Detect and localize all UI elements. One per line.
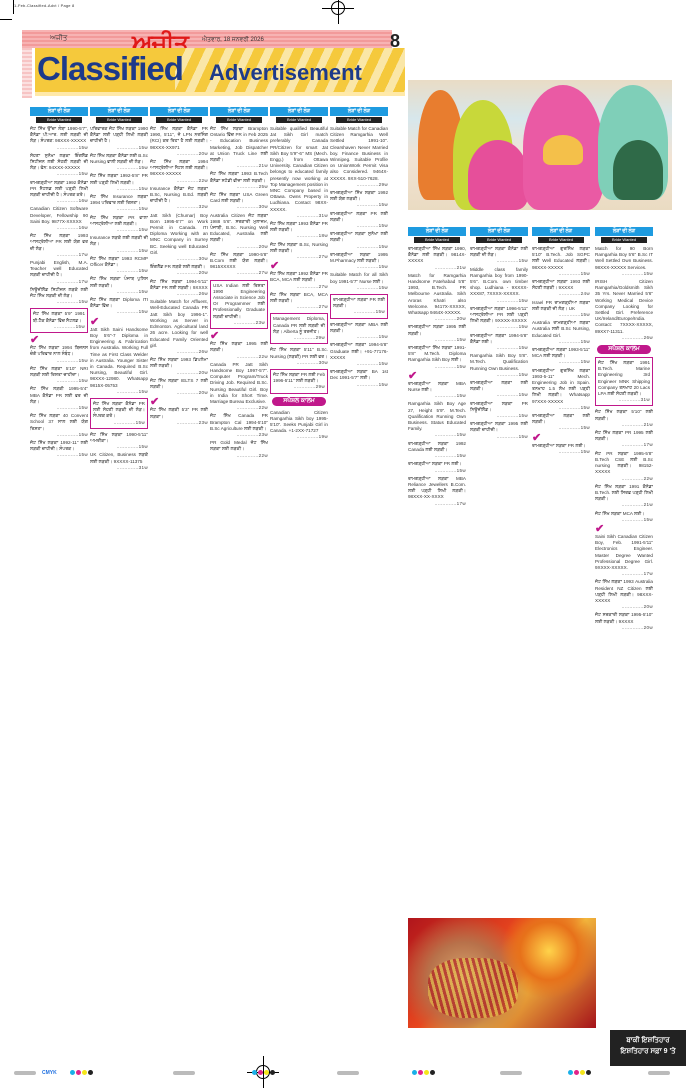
ad-text: ਜੱਟ ਸਿੱਖ Canada PR Brampton Cal 1994-5'1… — [210, 413, 268, 430]
ad-text: Match for Ramgarhia Handsome Fatehabad 5… — [408, 273, 466, 315]
banner-title-advertisement: Advertisement — [209, 60, 362, 86]
column-subheading: Bride Wanted — [476, 237, 522, 243]
classified-ad: ✔ਜੱਟ ਸਿੱਖ ਲੜਕੀ 5'3" PR ਲਈ ਲੜਕਾ।.........… — [150, 397, 208, 427]
classified-ad: ਜੱਟ ਸਿੱਖ ਲੜਕਾ 5'11" B.Sc. Nursing (ਲੜਕੀ)… — [270, 346, 328, 367]
column-9: ਲੋੜਾਂ ਦੀ ਲੋੜBride Wantedਰਾਮਗੜ੍ਹੀਆ ਗੁਰਸਿੱ… — [532, 227, 590, 917]
classified-ad: ਰਾਮਗੜ੍ਹੀਆ ਲੜਕਾ BA 1st Dec 1991-5'7" ਲਈ।.… — [330, 368, 388, 389]
ad-code: ..............27w — [270, 304, 328, 310]
ad-text: Canadian Citizen Ramgarhia Sikh boy 1995… — [270, 410, 328, 434]
classified-ad: ✔ਰਾਮਗੜ੍ਹੀਆ ਲੜਕਾ PR ਲਈ।..............15w — [532, 433, 590, 456]
classified-ad: ਰਾਮਗੜ੍ਹੀਆ ਲੜਕਾ PR ਲਈ।..............15w — [408, 460, 466, 474]
ad-text: Suitable Match for Affluent, Well-Educat… — [150, 299, 208, 347]
ad-text: ਜੱਟ ਸਿੱਖ ਲੜਕਾ 5'9" 1991 ਬੀ.ਟੈੱਕ ਕੈਨੇਡਾ ਵ… — [33, 311, 85, 322]
ad-text: ਰਾਮਗੜ੍ਹੀਆ ਲੜਕਾ 1995 ਲਈ ਲੜਕੀ। — [408, 324, 466, 335]
ad-text: Suitable Match for all Sikh boy 1991-5'7… — [330, 272, 388, 283]
ad-code: ..............30w — [210, 204, 268, 210]
ad-text: ਰਾਮਗੜ੍ਹੀਆ ਗੁਰਸਿੱਖ ਲੜਕਾ 5'10" B.Tech. Job… — [532, 246, 590, 270]
classified-ad: ਰਾਮਗੜ੍ਹੀਆ ਲੜਕਾ PR ਲਈ ਲੜਕੀ।..............… — [330, 210, 388, 231]
ad-text: ਰਾਮਗੜ੍ਹੀਆ ਲੜਕਾ MBA ਲਈ ਲੜਕੀ। — [330, 322, 388, 333]
ad-text: ਰਾਮਗੜ੍ਹੀਆ ਲੜਕਾ PR ਲਈ ਲੜਕੀ। — [330, 211, 388, 222]
ad-text: ਜੱਟ ਸਿੱਖ ਲੜਕਾ 1995 ਲਈ ਲੜਕੀ। — [210, 341, 268, 352]
classified-ad: ਰਾਮਗੜ੍ਹੀਆ ਲੜਕਾ ਸੁਨੱਖਾ ਲਈ ਲੜਕੀ।..........… — [330, 230, 388, 251]
ad-code: ..............15w — [90, 206, 148, 212]
boxed-classified-ad: ਜੱਟ ਸਿੱਖ ਲੜਕਾ 5'9" 1991 ਬੀ.ਟੈੱਕ ਕੈਨੇਡਾ ਵ… — [30, 308, 88, 333]
ad-code: ..............18w — [270, 233, 328, 239]
issue-date: ਐਤਵਾਰ, 18 ਜਨਵਰੀ 2026 — [202, 37, 264, 44]
ad-code: ..............15w — [595, 271, 653, 277]
ad-text: ਰਾਮਗੜ੍ਹੀਆ ਲੜਕਾ 1994-5'8" ਕੈਨੇਡਾ ਲਈ। — [470, 333, 528, 344]
ad-code: ..............15w — [532, 312, 590, 318]
ad-code: ..............22w — [210, 405, 268, 411]
classified-ad: ਜੱਟ ਸਿੱਖ Canada PR Brampton Cal 1994-5'1… — [210, 412, 268, 439]
ad-code: ..............23w — [213, 320, 265, 326]
ad-code: ..............15w — [90, 186, 148, 192]
ad-code: ..............30w — [270, 360, 328, 366]
ad-text: IRISH Citizen Ramgarhia/Goldsmith Sikh 3… — [595, 279, 653, 334]
classified-ad: ਰਾਮਗੜ੍ਹੀਆ ਗੁਰਸਿੱਖ ਲੜਕਾ 1993-5-11" Mech. … — [532, 367, 590, 412]
checkmark-icon: ✔ — [595, 525, 653, 534]
classified-ad: ਰਾਮਗੜ੍ਹੀਆ ਲੜਕਾ ਲਈ ਲੜਕੀ।..............15w — [532, 412, 590, 433]
ad-code: ..............16w — [30, 225, 88, 231]
column-subheading: Bride Wanted — [538, 237, 584, 243]
ad-code: ..............15w — [90, 248, 148, 254]
ad-text: Australia ਰਾਮਗੜ੍ਹੀਆ ਲੜਕਾ Australia ਲਈ B.… — [532, 320, 590, 337]
ad-code: ..............15w — [532, 359, 590, 365]
classified-ad: ਰਾਮਗੜ੍ਹੀਆ ਲੜਕਾ MBA ਲਈ ਲੜਕੀ।.............… — [330, 321, 388, 342]
classified-ad: ਰਾਮਗੜ੍ਹੀਆ ਲੜਕਾ 1995 ਲਈ ਲੜਕੀ।............… — [408, 323, 466, 344]
ad-code: ..............31w — [270, 213, 328, 219]
checkmark-icon: ✔ — [408, 372, 466, 381]
ad-code: ..............15w — [30, 378, 88, 384]
boxed-classified-ad: ਜੱਟ ਸਿੱਖ ਲੜਕਾ 1991 B.Tech. Marine Engine… — [595, 357, 653, 406]
ad-text: ਜੱਟ ਸਿੱਖ ਲੜਕਾ ਕੈਨੇਡਾ PR ਲਈ ਸੋਹਣੀ ਲੜਕੀ ਦੀ… — [93, 401, 145, 418]
classified-ad: ਰਾਮਗੜ੍ਹੀਆ ਲੜਕਾ 1995 ਲਈ ਲੜਕੀ ਚਾਹੀਦੀ।.....… — [470, 420, 528, 441]
classified-ad: ਜੱਟ ਸਿੱਖ ਲੜਕਾ 1993 ਡਿਪਲੋਮਾ ਲਈ ਲੜਕੀ।.....… — [150, 356, 208, 377]
ad-code: ..............20w — [595, 604, 653, 610]
ad-code: ..............22w — [210, 453, 268, 459]
ad-text: ਜੱਟ ਸਿੱਖ ਲੜਕਾ Diploma ITI ਕੈਨੇਡਾ ਵਿੱਚ। — [90, 297, 148, 308]
crop-mark — [13, 0, 14, 14]
ad-code: ..............15w — [470, 372, 528, 378]
ad-code: ..............26w — [150, 349, 208, 355]
column-heading: ਲੋੜਾਂ ਦੀ ਲੋੜ — [90, 107, 148, 116]
ad-text: ਜੱਟ ਸਿੱਖ ਲੜਕਾ 1992-11" ਲਈ ਲੜਕੀ ਚਾਹੀਦੀ। ਸ… — [30, 440, 88, 451]
classified-ad: ਰਾਮਗੜ੍ਹੀਆ ਸਿੱਖ ਲੜਕਾ 1990, ਕੈਨੇਡਾ ਲਈ ਲੜਕੀ… — [408, 245, 466, 272]
classified-ad: ਰਾਮਗੜ੍ਹੀਆ ਲੜਕਾ ਕੈਨੇਡਾ ਲਈ ਲੜਕੀ ਦੀ ਲੋੜ।...… — [470, 245, 528, 266]
classified-ad: PR Gold Medal ਜੱਟ ਸਿੱਖ ਲੜਕਾ ਲਈ ਲੜਕੀ।....… — [210, 439, 268, 460]
classified-ad: ਜੱਟ ਸਿੱਖ ਲੜਕਾ 40 Convent School 37 ਸਾਲ ਲ… — [30, 412, 88, 439]
ad-text: ਜੱਟ ਸਿੱਖ ਲੜਕਾ 1993 Australia Resident NZ… — [595, 579, 653, 603]
ad-code: ..............15w — [408, 468, 466, 474]
ad-text: ਰਾਮਗੜ੍ਹੀਆ ਲੜਕਾ 1992 ਕੈਨੇਡਾ PR ਸੈਟਲਡ ਲਈ ਪ… — [30, 180, 88, 197]
ad-code: ..............15w — [90, 268, 148, 274]
column-heading: ਲੋੜਾਂ ਦੀ ਲੋੜ — [330, 107, 388, 116]
ad-code: ..............21w — [408, 265, 466, 271]
ad-code: ..............32w — [150, 204, 208, 210]
ad-code: ..............25w — [210, 184, 268, 190]
ad-text: ਰਾਮਗੜ੍ਹੀਆ ਸਿੱਖ ਲੜਕਾ 1992 ਲਈ ਯੋਗ ਲੜਕੀ। — [330, 190, 388, 201]
ad-text: Saini Sikh Canadian Citizen Boy, Feb. 19… — [595, 534, 653, 570]
ad-text: ਰਾਮਗੜ੍ਹੀਆ ਲੜਕਾ 1995 M.Pharmacy ਲਈ ਲੜਕੀ। — [330, 252, 388, 263]
ad-text: ਜੱਟ ਸਿੱਖ ਲੜਕਾ 1991 B.Tech. Marine Engine… — [598, 360, 650, 396]
ad-text: ਜੱਟ ਸਿੱਖ ਲੜਕਾ 1991 ਕੈਨੇਡਾ B.Tech. ਲਈ ਸਿਰ… — [595, 484, 653, 501]
masthead-small: ਅਜੀਤ — [50, 35, 67, 43]
ad-code: ..............26w — [595, 335, 653, 341]
notice-line-2: ਇਸ਼ਤਿਹਾਰ ਸਫ਼ਾ 9 'ਤੇ — [610, 1046, 686, 1057]
ad-code: ..............15w — [330, 244, 388, 250]
classified-ad: ਰਾਮਗੜ੍ਹੀਆ ਲੜਕਾ 1992 Canada ਲਈ ਲੜਕੀ।.....… — [408, 440, 466, 461]
ad-code: ..............15w — [30, 358, 88, 364]
column-heading: ਲੋੜਾਂ ਦੀ ਲੋੜ — [408, 227, 466, 236]
banner-title-classified: Classified — [37, 50, 183, 88]
ad-code: ..............15w — [30, 432, 88, 438]
ad-text: ਜੱਟ PR ਲੜਕਾ 1995-5'8" B.Tech CSE ਲਈ B.Sc… — [595, 451, 653, 475]
classified-ad: ਸੋਹਣਾ ਸੁਨੱਖਾ ਲੜਕਾ ਇੰਗਲੈਂਡ ਸਿਟੀਜ਼ਨ ਲਈ ਸੋਹ… — [30, 152, 88, 179]
ad-code: ..............15w — [30, 405, 88, 411]
boxed-classified-ad: USA Indian ਲਈ ਰਿਸ਼ਤਾ 1990 Engineering As… — [210, 280, 268, 329]
classified-ad: ਜੱਟ ਸਿੱਖ ਲੜਕਾ Diploma ITI ਕੈਨੇਡਾ ਵਿੱਚ।..… — [90, 296, 148, 317]
ad-text: ਪਰਿਵਾਰਕ ਜੱਟ ਸਿੱਖ ਲੜਕਾ 1990 ਕੈਨੇਡਾ ਲਈ ਪੜ੍… — [90, 126, 148, 143]
ad-code: ..............15w — [470, 324, 528, 330]
classified-ad: Insurance ਲੜਕੇ ਲਈ ਲੜਕੀ ਦੀ ਲੋੜ।..........… — [90, 234, 148, 255]
ad-code: ..............24w — [532, 291, 590, 297]
ad-text: ਇੰਗਲੈਂਡ PR ਲੜਕੇ ਲਈ ਲੜਕੀ। — [150, 264, 205, 269]
ad-code: ..............15w — [90, 227, 148, 233]
classified-ad: ਜੱਟ ਸਿੱਖ ਲੜਕਾ Brampton Ontario ਵਿੱਚ PR i… — [210, 125, 268, 170]
classified-ad: ✔ਜੱਟ ਸਿੱਖ ਲੜਕਾ 1995 ਲਈ ਲੜਕੀ।............… — [210, 331, 268, 361]
ad-code: ..............31w — [598, 397, 650, 403]
classified-ad: ਰਾਮਗੜ੍ਹੀਆ ਲੜਕਾ 1994-5'8" Graduate ਲਈ। +9… — [330, 341, 388, 368]
boxed-classified-ad: ਜੱਟ ਸਿੱਖ ਲੜਕਾ PR ਲਈ Feb 1996-5'11" ਲਈ ਲੜ… — [270, 369, 328, 394]
ad-code: ..............15w — [330, 334, 388, 340]
ad-code: ..............15w — [30, 452, 88, 458]
classified-ad: ਜੱਟ ਸਿੱਖ ਲੜਕਾ 1993 Australia Resident NZ… — [595, 578, 653, 611]
classified-ad: IRISH Citizen Ramgarhia/Goldsmith Sikh 3… — [595, 278, 653, 342]
column-heading: ਲੋੜਾਂ ਦੀ ਲੋੜ — [532, 227, 590, 236]
ad-text: ਜੱਟ ਸਿੱਖ ਲੜਕਾ 1994-5'11" ਕੈਨੇਡਾ PR ਲਈ ਲੜ… — [150, 279, 208, 290]
ad-text: ਰਾਮਗੜ੍ਹੀਆ ਲੜਕਾ ਲਈ ਲੜਕੀ। — [532, 413, 590, 424]
ad-text: ਜੱਟ ਸਿੱਖ ਲੜਕਾ ਕੈਨੇਡਾ PR 1990, 5'11", ਜੋ … — [150, 126, 208, 150]
column-subheading: Bride Wanted — [156, 117, 202, 123]
ad-code: ..............15w — [408, 393, 466, 399]
ad-text: ਸੋਹਣਾ ਸੁਨੱਖਾ ਲੜਕਾ ਇੰਗਲੈਂਡ ਸਿਟੀਜ਼ਨ ਲਈ ਸੋਹ… — [30, 153, 88, 170]
classified-ad: ਜੱਟ ਸਿੱਖ ਲੜਕਾ ਪੰਜਾਬ ਪੁਲਿਸ ਲਈ ਲੜਕੀ।......… — [90, 275, 148, 296]
ad-code: ..............27w — [210, 270, 268, 276]
ad-code: ..............20w — [595, 625, 653, 631]
ad-text: ਜੱਟ ਸਿੱਖ ਲੜਕਾ 1993 B.Tech ਕੈਨੇਡਾ ਸਟੱਡੀ ਵ… — [210, 171, 268, 182]
checkmark-icon: ✔ — [90, 318, 148, 327]
ad-text: ਰਾਮਗੜ੍ਹੀਆ ਸਿੱਖ ਲੜਕਾ 1990, ਕੈਨੇਡਾ ਲਈ ਲੜਕੀ… — [408, 246, 466, 263]
ad-text: ਜੱਟ ਸਿੱਖ ਲੜਕਾ PR ਵਾਲਾ ਆਸਟ੍ਰੇਲੀਆ ਲਈ ਲੜਕੀ। — [90, 215, 148, 226]
classified-columns: ਲੋੜਾਂ ਦੀ ਲੋੜBride Wantedਜੱਟ ਸਿੱਖ ਉੱਚਾ ਲੰ… — [30, 107, 675, 1027]
print-slug: 1-Feb-Classified-Advt / Page 8 — [14, 3, 74, 8]
ad-code: ..............17w — [30, 279, 88, 285]
ad-text: ਜੱਟ ਸਿੱਖ ਲੜਕੀ 1995-5'4" MBA ਕੈਨੇਡਾ PR ਲਈ… — [30, 386, 88, 403]
ad-text: ਰਾਮਗੜ੍ਹੀਆ ਲੜਕਾ 1993-5'11" MCA ਲਈ ਲੜਕੀ। — [532, 347, 590, 358]
column-heading: ਲੋੜਾਂ ਦੀ ਲੋੜ — [30, 107, 88, 116]
ad-code: ..............15w — [33, 324, 85, 330]
classified-ad: ਜੱਟ ਸਿੱਖ ਲੜਕਾ 1992-5'8" PR ਲਈ ਪੜ੍ਹੀ ਲਿਖੀ… — [90, 172, 148, 193]
mehndi-hands-image — [408, 918, 596, 1028]
ad-text: Insurance ਕੈਨੇਡਾ ਜੱਟ ਲੜਕਾ B.Sc, Nursing … — [150, 186, 208, 203]
classified-ad: ਜੱਟ ਸਰਕਾਰੀ ਲੜਕਾ 1995-5'10" ਲਈ ਲੜਕੀ। 9XXX… — [595, 611, 653, 632]
classified-ad: ਜੱਟ ਸਿੱਖ ਲੜਕਾ ਕੈਨੇਡਾ ਲਈ B.Sc Nursing ਵਾਲ… — [90, 152, 148, 173]
classified-ad: ✔ਜੱਟ ਸਿੱਖ ਲੜਕਾ 1992 ਕੈਨੇਡਾ PR BCA, MCA ਲ… — [270, 261, 328, 291]
classified-ad: ਜੱਟ ਸਿੱਖ ਲੜਕਾ 1993 RCMP Officer ਕੈਨੇਡਾ।.… — [90, 255, 148, 276]
classified-ad: ਜੱਟ ਸਿੱਖ ਉੱਚਾ ਲੰਬਾ 1990-5'7", ਕੈਨੇਡਾ ਪੀ.… — [30, 125, 88, 152]
ad-code: ..............27w — [270, 284, 328, 290]
checkmark-icon: ✔ — [30, 336, 88, 345]
checkmark-icon: ✔ — [270, 262, 328, 271]
ad-code: ..............22w — [210, 354, 268, 360]
classified-ad: Match for 90 Born Ramgarhia Boy 5'6" B.S… — [595, 245, 653, 278]
ad-text: Ramgarhia Sikh Boy Age 27, Height 5'9". … — [408, 401, 466, 431]
ad-text: ਰਾਮਗੜ੍ਹੀਆ ਲੜਕਾ BA 1st Dec 1991-5'7" ਲਈ। — [330, 369, 388, 380]
ad-code: ..............15w — [532, 425, 590, 431]
ad-text: ਜੱਟ ਸਿੱਖ ਉੱਚਾ ਲੰਬਾ 1990-5'7", ਕੈਨੇਡਾ ਪੀ.… — [30, 126, 88, 143]
ad-text: ਰਾਮਗੜ੍ਹੀਆ ਲੜਕਾ PR ਲਈ। — [408, 461, 462, 466]
classified-ad: ✔ਰਾਮਗੜ੍ਹੀਆ ਲੜਕਾ MBA Nurse ਲਈ।...........… — [408, 371, 466, 401]
classified-ad: ਜੱਟ ਸਿੱਖ ਲੜਕਾ B.Sc, Nursing ਲਈ ਲੜਕੀ।....… — [270, 241, 328, 262]
ad-text: ਰਾਮਗੜ੍ਹੀਆ ਲੜਕਾ MBA Reliance Jewellers B.… — [408, 476, 466, 500]
column-subheading: Bride Wanted — [336, 117, 382, 123]
ad-text: ਜੱਟ ਸਿੱਖ ਲੜਕਾ 1994 ਬਿਜ਼ਨਸ ਚੰਗੇ ਪਰਿਵਾਰ ਨਾ… — [30, 345, 88, 356]
registration-mark-icon — [331, 1, 345, 15]
cmyk-color-bar: CMYK — [0, 1069, 687, 1077]
classified-banner: Classified Advertisement — [35, 48, 405, 96]
ad-text: ਜੱਟ ਸਿੱਖ ਲੜਕਾ ਕੈਨੇਡਾ ਲਈ B.Sc Nursing ਵਾਲ… — [90, 153, 148, 164]
ad-text: ਜੱਟ ਸਿੱਖ ਲੜਕਾ IELTS 7 ਲਈ ਲੜਕੀ। — [150, 378, 208, 389]
classified-ad: ਜੱਟ ਸਿੱਖ ਲੜਕਾ 1990-5'8" B.Com ਲਈ ਯੋਗ ਲੜਕ… — [210, 251, 268, 278]
classified-ad: ਰਾਮਗੜ੍ਹੀਆ ਸਿੱਖ ਲੜਕਾ 1991-5'8" M.Tech. Di… — [408, 344, 466, 371]
ad-text: ਜੱਟ ਸਿੱਖ Insurance ਲੜਕਾ 1994 ਪਰਿਵਾਰ ਲਈ ਰ… — [90, 194, 148, 205]
header-side-stripe — [22, 48, 32, 98]
classified-ad: ✔Saini Sikh Canadian Citizen Boy, Feb. 1… — [595, 524, 653, 578]
classified-ad: ਜੱਟ ਸਿੱਖ ਲੜਕਾ MCA ਲਈ।..............15w — [595, 510, 653, 524]
classified-ad: ਜੱਟ ਸਿੱਖ ਲੜਕਾ 1991 ਕੈਨੇਡਾ B.Tech. ਲਈ ਸਿਰ… — [595, 483, 653, 510]
ad-text: ਜੱਟ ਸਿੱਖ ਲੜਕਾ 1992 ਕੈਨੇਡਾ PR BCA, MCA ਲਈ… — [270, 271, 328, 282]
classified-ad: ਰਾਮਗੜ੍ਹੀਆ ਲੜਕਾ 1995 M.Pharmacy ਲਈ ਲੜਕੀ।.… — [330, 251, 388, 272]
ad-text: Suitable qualified Beautiful Jat Sikh Gi… — [270, 126, 328, 212]
ad-code: ..............15w — [90, 145, 148, 151]
notice-line-1: ਬਾਕੀ ਇਸ਼ਤਿਹਾਰ — [610, 1035, 686, 1046]
ad-code: ..............29w — [273, 335, 325, 341]
ad-text: ਜੱਟ ਸਿੱਖ ਲੜਕੀ 5'3" PR ਲਈ ਲੜਕਾ। — [150, 407, 208, 418]
ad-text: Ramgarhia Sikh Boy 5'8". M.Tech. Qualifi… — [470, 353, 528, 370]
ad-text: Management Diploma, Canada PR ਲਈ ਲੜਕੀ ਦੀ… — [273, 316, 325, 333]
ad-code: ..............29w — [273, 384, 325, 390]
ad-text: Middle class family Ramgarhia boy from 1… — [470, 267, 528, 297]
ad-code: ..............15w — [408, 364, 466, 370]
ad-text: ਰਾਮਗੜ੍ਹੀਆ ਲੜਕਾ ਲਈ ਲੜਕੀ। — [470, 380, 528, 391]
ad-code: ..............31w — [90, 465, 148, 471]
ad-text: ਜੱਟ ਸਿੱਖ ਲੜਕਾ USA Green Card ਲਈ ਲੜਕੀ। — [210, 192, 268, 203]
classified-ad: ਰਾਮਗੜ੍ਹੀਆ ਲੜਕਾ 1994-5'8" ਕੈਨੇਡਾ ਲਈ।.....… — [470, 332, 528, 353]
boxed-classified-ad: ਰਾਮਗੜ੍ਹੀਆ ਲੜਕਾ PR ਲਈ ਲੜਕੀ।..............… — [330, 294, 388, 319]
classified-ad: Match for Ramgarhia Handsome Fatehabad 5… — [408, 272, 466, 324]
classified-ad: Canadian Citizen Ramgarhia Sikh boy 1995… — [270, 409, 328, 442]
column-heading: ਲੋੜਾਂ ਦੀ ਲੋੜ — [210, 107, 268, 116]
ad-code: ..............15w — [470, 392, 528, 398]
ad-text: Match for 90 Born Ramgarhia Boy 5'6" B.S… — [595, 246, 653, 270]
ad-code: ..............15w — [408, 453, 466, 459]
ad-code: ..............23w — [210, 432, 268, 438]
classified-ad: ਜੱਟ ਸਿੱਖ ਲੜਕਾ 5'10" ਲਈ ਲੜਕੀ।............… — [595, 408, 653, 429]
column-5: ਲੋੜਾਂ ਦੀ ਲੋੜBride WantedSuitable qualifi… — [270, 107, 328, 1027]
ad-text: ਜੱਟ ਸਿੱਖ ਲੜਕਾ 1993 ਆਸਟ੍ਰੇਲੀਆ PR ਲਈ ਯੋਗ ਵ… — [30, 233, 88, 250]
ad-text: ਜੱਟ ਸਿੱਖ ਲੜਕਾ 5'10" ਲਈ ਲੜਕੀ। — [595, 409, 653, 420]
ad-code: ..............15w — [90, 289, 148, 295]
ad-text: UK Citizen, Business ਲੜਕੇ ਲਈ ਲੜਕੀ। 9XXXX… — [90, 452, 148, 463]
ad-text: ਰਾਮਗੜ੍ਹੀਆ ਲੜਕਾ 1995 ਲਈ ਲੜਕੀ ਚਾਹੀਦੀ। — [470, 421, 528, 432]
column-heading: ਲੋੜਾਂ ਦੀ ਲੋੜ — [150, 107, 208, 116]
ad-code: ..............17w — [595, 571, 653, 577]
ad-text: ਨਿਊਜ਼ੀਲੈਂਡ ਸਿਟੀਜ਼ਨ ਲੜਕੇ ਲਈ ਜੱਟ ਸਿੱਖ ਲੜਕੀ… — [30, 287, 88, 298]
ad-code: ..............15w — [330, 361, 388, 367]
column-subheading: Bride Wanted — [414, 237, 460, 243]
ad-text: Punjabi English, M.A. Teacher well Educa… — [30, 260, 88, 277]
ad-code: ..............15w — [30, 171, 88, 177]
ad-code: ..............15w — [470, 298, 528, 304]
special-column-heading: ਸਪੈਸ਼ਲ ਕਾਲਮ — [597, 345, 651, 354]
ad-text: ਜੱਟ ਸਿੱਖ ਲੜਕਾ 1994 ਆਸਟ੍ਰੇਲੀਆ ਸੈਟਲ ਲਈ ਲੜਕ… — [150, 159, 208, 176]
classified-ad: Insurance ਕੈਨੇਡਾ ਜੱਟ ਲੜਕਾ B.Sc, Nursing … — [150, 185, 208, 212]
classified-ad: ਰਾਮਗੜ੍ਹੀਆ ਲੜਕਾ PR ਨਿਊਜ਼ੀਲੈਂਡ।...........… — [470, 400, 528, 421]
ad-code: ..............20w — [210, 244, 268, 250]
ad-code: ..............21w — [210, 163, 268, 169]
classified-ad: ਜੱਟ ਸਿੱਖ ਲੜਕਾ 1994 ਆਸਟ੍ਰੇਲੀਆ ਸੈਟਲ ਲਈ ਲੜਕ… — [150, 158, 208, 185]
ad-text: ਜੱਟ ਸਿੱਖ ਲੜਕਾ 1990-5'8" B.Com ਲਈ ਯੋਗ ਲੜਕ… — [210, 252, 268, 269]
classified-ad: Suitable qualified Beautiful Jat Sikh Gi… — [270, 125, 328, 220]
classified-ad: ਰਾਮਗੜ੍ਹੀਆ ਲੜਕਾ 1993-5'11" MCA ਲਈ ਲੜਕੀ।..… — [532, 346, 590, 367]
column-2: ਲੋੜਾਂ ਦੀ ਲੋੜBride Wantedਪਰਿਵਾਰਕ ਜੱਟ ਸਿੱਖ… — [90, 107, 148, 1027]
ad-text: ਜੱਟ ਸਿੱਖ ਲੜਕਾ MCA ਲਈ। — [595, 511, 644, 516]
ad-code: ..............20w — [150, 370, 208, 376]
ad-text: Australia Citizen ਜੱਟ ਲੜਕਾ 1988 5'6". ਸਰ… — [210, 213, 268, 243]
classified-ad: ਰਾਮਗੜ੍ਹੀਆ ਲੜਕਾ 1993 ਲਈ ਸੋਹਣੀ ਲੜਕੀ। 9XXXX… — [532, 278, 590, 299]
ad-text: ਰਾਮਗੜ੍ਹੀਆ ਲੜਕਾ MBA Nurse ਲਈ। — [408, 381, 466, 392]
ad-code: ..............15w — [532, 405, 590, 411]
column-heading: ਲੋੜਾਂ ਦੀ ਲੋੜ — [595, 227, 653, 236]
classified-ad: ਜੱਟ ਸਿੱਖ ਲੜਕਾ PR ਵਾਲਾ ਆਸਟ੍ਰੇਲੀਆ ਲਈ ਲੜਕੀ।… — [90, 214, 148, 235]
ad-text: ਜੱਟ ਸਿੱਖ ਲੜਕਾ PR 1995 ਲਈ ਲੜਕੀ। — [595, 430, 653, 441]
ad-code: ..............15w — [90, 165, 148, 171]
ad-code: ..............15w — [93, 420, 145, 426]
ad-text: Canadian Citizen Software Developer, Fel… — [30, 206, 88, 223]
ad-code: ..............15w — [30, 145, 88, 151]
ad-code: ..............15w — [470, 434, 528, 440]
ad-code: ..............21w — [595, 502, 653, 508]
ad-code: ..............15w — [470, 413, 528, 419]
ad-text: Insurance ਲੜਕੇ ਲਈ ਲੜਕੀ ਦੀ ਲੋੜ। — [90, 235, 148, 246]
column-7: ਲੋੜਾਂ ਦੀ ਲੋੜBride Wantedਰਾਮਗੜ੍ਹੀਆ ਸਿੱਖ ਲ… — [408, 227, 466, 917]
classified-ad: ਰਾਮਗੜ੍ਹੀਆ ਲੜਕਾ MBA Reliance Jewellers B.… — [408, 475, 466, 508]
column-heading: ਲੋੜਾਂ ਦੀ ਲੋੜ — [270, 107, 328, 116]
classified-ad: ਰਾਮਗੜ੍ਹੀਆ ਲੜਕਾ ਲਈ ਲੜਕੀ।..............15w — [470, 379, 528, 400]
column-heading: ਲੋੜਾਂ ਦੀ ਲੋੜ — [470, 227, 528, 236]
ad-text: ਰਾਮਗੜ੍ਹੀਆ ਲੜਕਾ PR ਨਿਊਜ਼ੀਲੈਂਡ। — [470, 401, 528, 412]
ad-code: ..............20w — [150, 270, 208, 276]
ad-code: ..............17w — [595, 442, 653, 448]
classified-ad: ✔Jatt Sikh Saini Handsome Boy 5'6"-7 Dip… — [90, 317, 148, 396]
ad-text: ਜੱਟ ਸਰਕਾਰੀ ਲੜਕਾ 1995-5'10" ਲਈ ਲੜਕੀ। 9XXX… — [595, 612, 653, 623]
classified-ad: Australia Citizen ਜੱਟ ਲੜਕਾ 1988 5'6". ਸਰ… — [210, 212, 268, 251]
ad-code: ..............15w — [90, 444, 148, 450]
classified-ad: Israel PR ਰਾਮਗੜ੍ਹੀਆ ਲੜਕਾ ਲਈ ਲੜਕੀ ਦੀ ਲੋੜ।… — [532, 299, 590, 320]
column-subheading: Bride Wanted — [216, 117, 262, 123]
ad-text: ਰਾਮਗੜ੍ਹੀਆ ਲੜਕਾ PR ਲਈ ਲੜਕੀ। — [333, 297, 385, 308]
ad-text: Israel PR ਰਾਮਗੜ੍ਹੀਆ ਲੜਕਾ ਲਈ ਲੜਕੀ ਦੀ ਲੋੜ।… — [532, 300, 590, 311]
classified-ad: ਜੱਟ ਸਿੱਖ ਲੜਕੀ 1995-5'4" MBA ਕੈਨੇਡਾ PR ਲਈ… — [30, 385, 88, 412]
ad-code: ..............15w — [470, 258, 528, 264]
ad-code: ..............22w — [595, 476, 653, 482]
column-8: ਲੋੜਾਂ ਦੀ ਲੋੜBride Wantedਰਾਮਗੜ੍ਹੀਆ ਲੜਕਾ ਕ… — [470, 227, 528, 917]
special-column-heading: ਸਪੈਸ਼ਲ ਕਾਲਮ — [272, 397, 326, 406]
classified-ad: ਜੱਟ ਸਿੱਖ ਲੜਕਾ 1993 B.Tech ਕੈਨੇਡਾ ਸਟੱਡੀ ਵ… — [210, 170, 268, 191]
classified-ad: ਜੱਟ ਸਿੱਖ ਲੜਕਾ 1993 ਆਸਟ੍ਰੇਲੀਆ PR ਲਈ ਯੋਗ ਵ… — [30, 232, 88, 259]
ad-code: ..............15w — [532, 449, 590, 455]
ad-code: ..............30w — [150, 256, 208, 262]
ad-code: ..............15w — [330, 223, 388, 229]
ad-text: Jatt Sikh (Chumar) Boy Born 1995-5'7" on… — [150, 213, 208, 255]
classified-ad: ਜੱਟ ਸਿੱਖ ਲੜਕਾ 1992-11" ਲਈ ਲੜਕੀ ਚਾਹੀਦੀ। ਸ… — [30, 439, 88, 460]
classified-ad: ਇੰਗਲੈਂਡ PR ਲੜਕੇ ਲਈ ਲੜਕੀ।..............20… — [150, 263, 208, 277]
classified-ad: ਜੱਟ ਸਿੱਖ ਲੜਕਾ USA Green Card ਲਈ ਲੜਕੀ।...… — [210, 191, 268, 212]
ad-text: ਰਾਮਗੜ੍ਹੀਆ ਲੜਕਾ PR ਲਈ। — [532, 443, 586, 448]
ad-code: ..............29w — [330, 182, 388, 188]
ad-text: ਜੱਟ ਸਿੱਖ ਲੜਕਾ 1993 RCMP Officer ਕੈਨੇਡਾ। — [90, 256, 148, 267]
classified-ad: Punjabi English, M.A. Teacher well Educa… — [30, 259, 88, 286]
column-subheading: Bride Wanted — [276, 117, 322, 123]
classified-ad: Jatt Sikh (Chumar) Boy Born 1995-5'7" on… — [150, 212, 208, 264]
classified-ad: ਜੱਟ ਸਿੱਖ ਲੜਕਾ BCA, MCA ਲਈ ਲੜਕੀ।.........… — [270, 291, 328, 312]
ad-text: ਜੱਟ ਸਿੱਖ ਲੜਕਾ 1993 ਕੈਨੇਡਾ PR ਲਈ ਲੜਕੀ। — [270, 221, 328, 232]
ad-text: Jatt Sikh Saini Handsome Boy 5'6"-7 Dipl… — [90, 327, 148, 388]
checkmark-icon: ✔ — [532, 434, 590, 443]
classified-ad: ✔ਜੱਟ ਸਿੱਖ ਲੜਕਾ 1994 ਬਿਜ਼ਨਸ ਚੰਗੇ ਪਰਿਵਾਰ ਨ… — [30, 335, 88, 365]
column-1: ਲੋੜਾਂ ਦੀ ਲੋੜBride Wantedਜੱਟ ਸਿੱਖ ਉੱਚਾ ਲੰ… — [30, 107, 88, 1027]
classified-ad: Suitable Match for Canadian Citizen Ramg… — [330, 125, 388, 189]
classified-ad: UK Citizen, Business ਲੜਕੇ ਲਈ ਲੜਕੀ। 9XXXX… — [90, 451, 148, 472]
classified-ad: ਨਿਊਜ਼ੀਲੈਂਡ ਸਿਟੀਜ਼ਨ ਲੜਕੇ ਲਈ ਜੱਟ ਸਿੱਖ ਲੜਕੀ… — [30, 286, 88, 307]
ad-text: ਜੱਟ ਸਿੱਖ ਲੜਕਾ 1993 ਡਿਪਲੋਮਾ ਲਈ ਲੜਕੀ। — [150, 357, 208, 368]
ad-text: ਜੱਟ ਸਿੱਖ ਲੜਕਾ Brampton Ontario ਵਿੱਚ PR i… — [210, 126, 268, 162]
ad-code: ..............15w — [408, 432, 466, 438]
classified-ad: ਜੱਟ PR ਲੜਕਾ 1995-5'8" B.Tech CSE ਲਈ B.Sc… — [595, 450, 653, 483]
ad-text: ਰਾਮਗੜ੍ਹੀਆ ਲੜਕਾ 1992 Canada ਲਈ ਲੜਕੀ। — [408, 441, 466, 452]
ad-text: USA Indian ਲਈ ਰਿਸ਼ਤਾ 1990 Engineering As… — [213, 283, 265, 319]
classified-ad: Ramgarhia Sikh Boy Age 27, Height 5'9". … — [408, 400, 466, 439]
classified-ad: ਜੱਟ ਸਿੱਖ Insurance ਲੜਕਾ 1994 ਪਰਿਵਾਰ ਲਈ ਰ… — [90, 193, 148, 214]
ad-code: ..............15w — [470, 345, 528, 351]
ad-text: ਜੱਟ ਸਿੱਖ ਲੜਕਾ 5'10" NRI ਲੜਕੀ ਲਈ ਰਿਸ਼ਤਾ ਚ… — [30, 366, 88, 377]
classified-ad: Australia ਰਾਮਗੜ੍ਹੀਆ ਲੜਕਾ Australia ਲਈ B.… — [532, 319, 590, 346]
checkmark-icon: ✔ — [150, 398, 208, 407]
ad-text: ਜੱਟ ਸਿੱਖ ਲੜਕਾ 1990-5'11" ਅਮਰੀਕਾ। — [90, 432, 148, 443]
ad-text: ਰਾਮਗੜ੍ਹੀਆ ਲੜਕਾ 1993 ਲਈ ਸੋਹਣੀ ਲੜਕੀ। 9XXXX — [532, 279, 590, 290]
column-subheading: Bride Wanted — [96, 117, 142, 123]
classified-ad: ਰਾਮਗੜ੍ਹੀਆ ਸਿੱਖ ਲੜਕਾ 1992 ਲਈ ਯੋਗ ਲੜਕੀ।...… — [330, 189, 388, 210]
ad-code: ..............15w — [333, 309, 385, 315]
classified-ad: ਜੱਟ ਸਿੱਖ ਲੜਕਾ 1993 ਕੈਨੇਡਾ PR ਲਈ ਲੜਕੀ।...… — [270, 220, 328, 241]
ad-text: ਜੱਟ ਸਿੱਖ ਲੜਕਾ B.Sc, Nursing ਲਈ ਲੜਕੀ। — [270, 242, 328, 253]
cmyk-label: CMYK — [42, 1070, 57, 1076]
ad-code: ..............15w — [330, 202, 388, 208]
ad-text: ਜੱਟ ਸਿੱਖ ਲੜਕਾ 1992-5'8" PR ਲਈ ਪੜ੍ਹੀ ਲਿਖੀ… — [90, 173, 148, 184]
classified-ad: ਰਾਮਗੜ੍ਹੀਆ ਗੁਰਸਿੱਖ ਲੜਕਾ 5'10" B.Tech. Job… — [532, 245, 590, 278]
classified-ad: ਜੱਟ ਸਿੱਖ ਲੜਕਾ IELTS 7 ਲਈ ਲੜਕੀ।..........… — [150, 377, 208, 398]
ad-code: ..............22w — [150, 178, 208, 184]
